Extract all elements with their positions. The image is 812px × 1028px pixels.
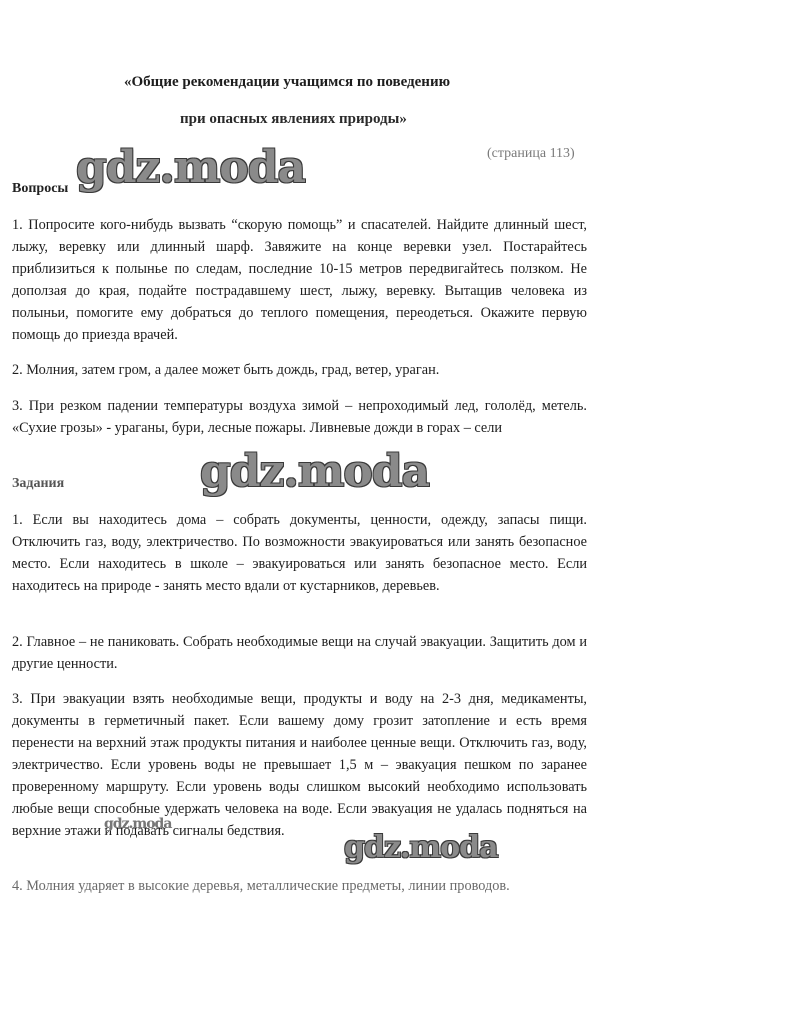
section-heading-questions: Вопросы	[12, 181, 68, 197]
watermark-logo-small: gdz.moda	[104, 816, 171, 832]
section-heading-tasks: Задания	[12, 476, 64, 492]
page-reference: (страница 113)	[487, 146, 575, 162]
watermark-logo: gdz.moda	[76, 142, 305, 193]
task-answer-3: 3. При эвакуации взять необходимые вещи,…	[12, 688, 587, 842]
question-answer-2: 2. Молния, затем гром, а далее может быт…	[12, 359, 587, 381]
watermark-logo: gdz.moda	[344, 830, 498, 865]
task-answer-2: 2. Главное – не паниковать. Собрать необ…	[12, 631, 587, 675]
question-answer-3: 3. При резком падении температуры воздух…	[12, 395, 587, 439]
task-answer-4: 4. Молния ударяет в высокие деревья, мет…	[12, 875, 587, 897]
watermark-logo: gdz.moda	[200, 446, 429, 497]
question-answer-1: 1. Попросите кого-нибудь вызвать “скорую…	[12, 214, 587, 346]
document-page: «Общие рекомендации учащимся по поведени…	[0, 0, 812, 1028]
document-title-line-1: «Общие рекомендации учащимся по поведени…	[124, 74, 450, 91]
task-answer-1: 1. Если вы находитесь дома – собрать док…	[12, 509, 587, 597]
document-title-line-2: при опасных явлениях природы»	[180, 111, 407, 128]
